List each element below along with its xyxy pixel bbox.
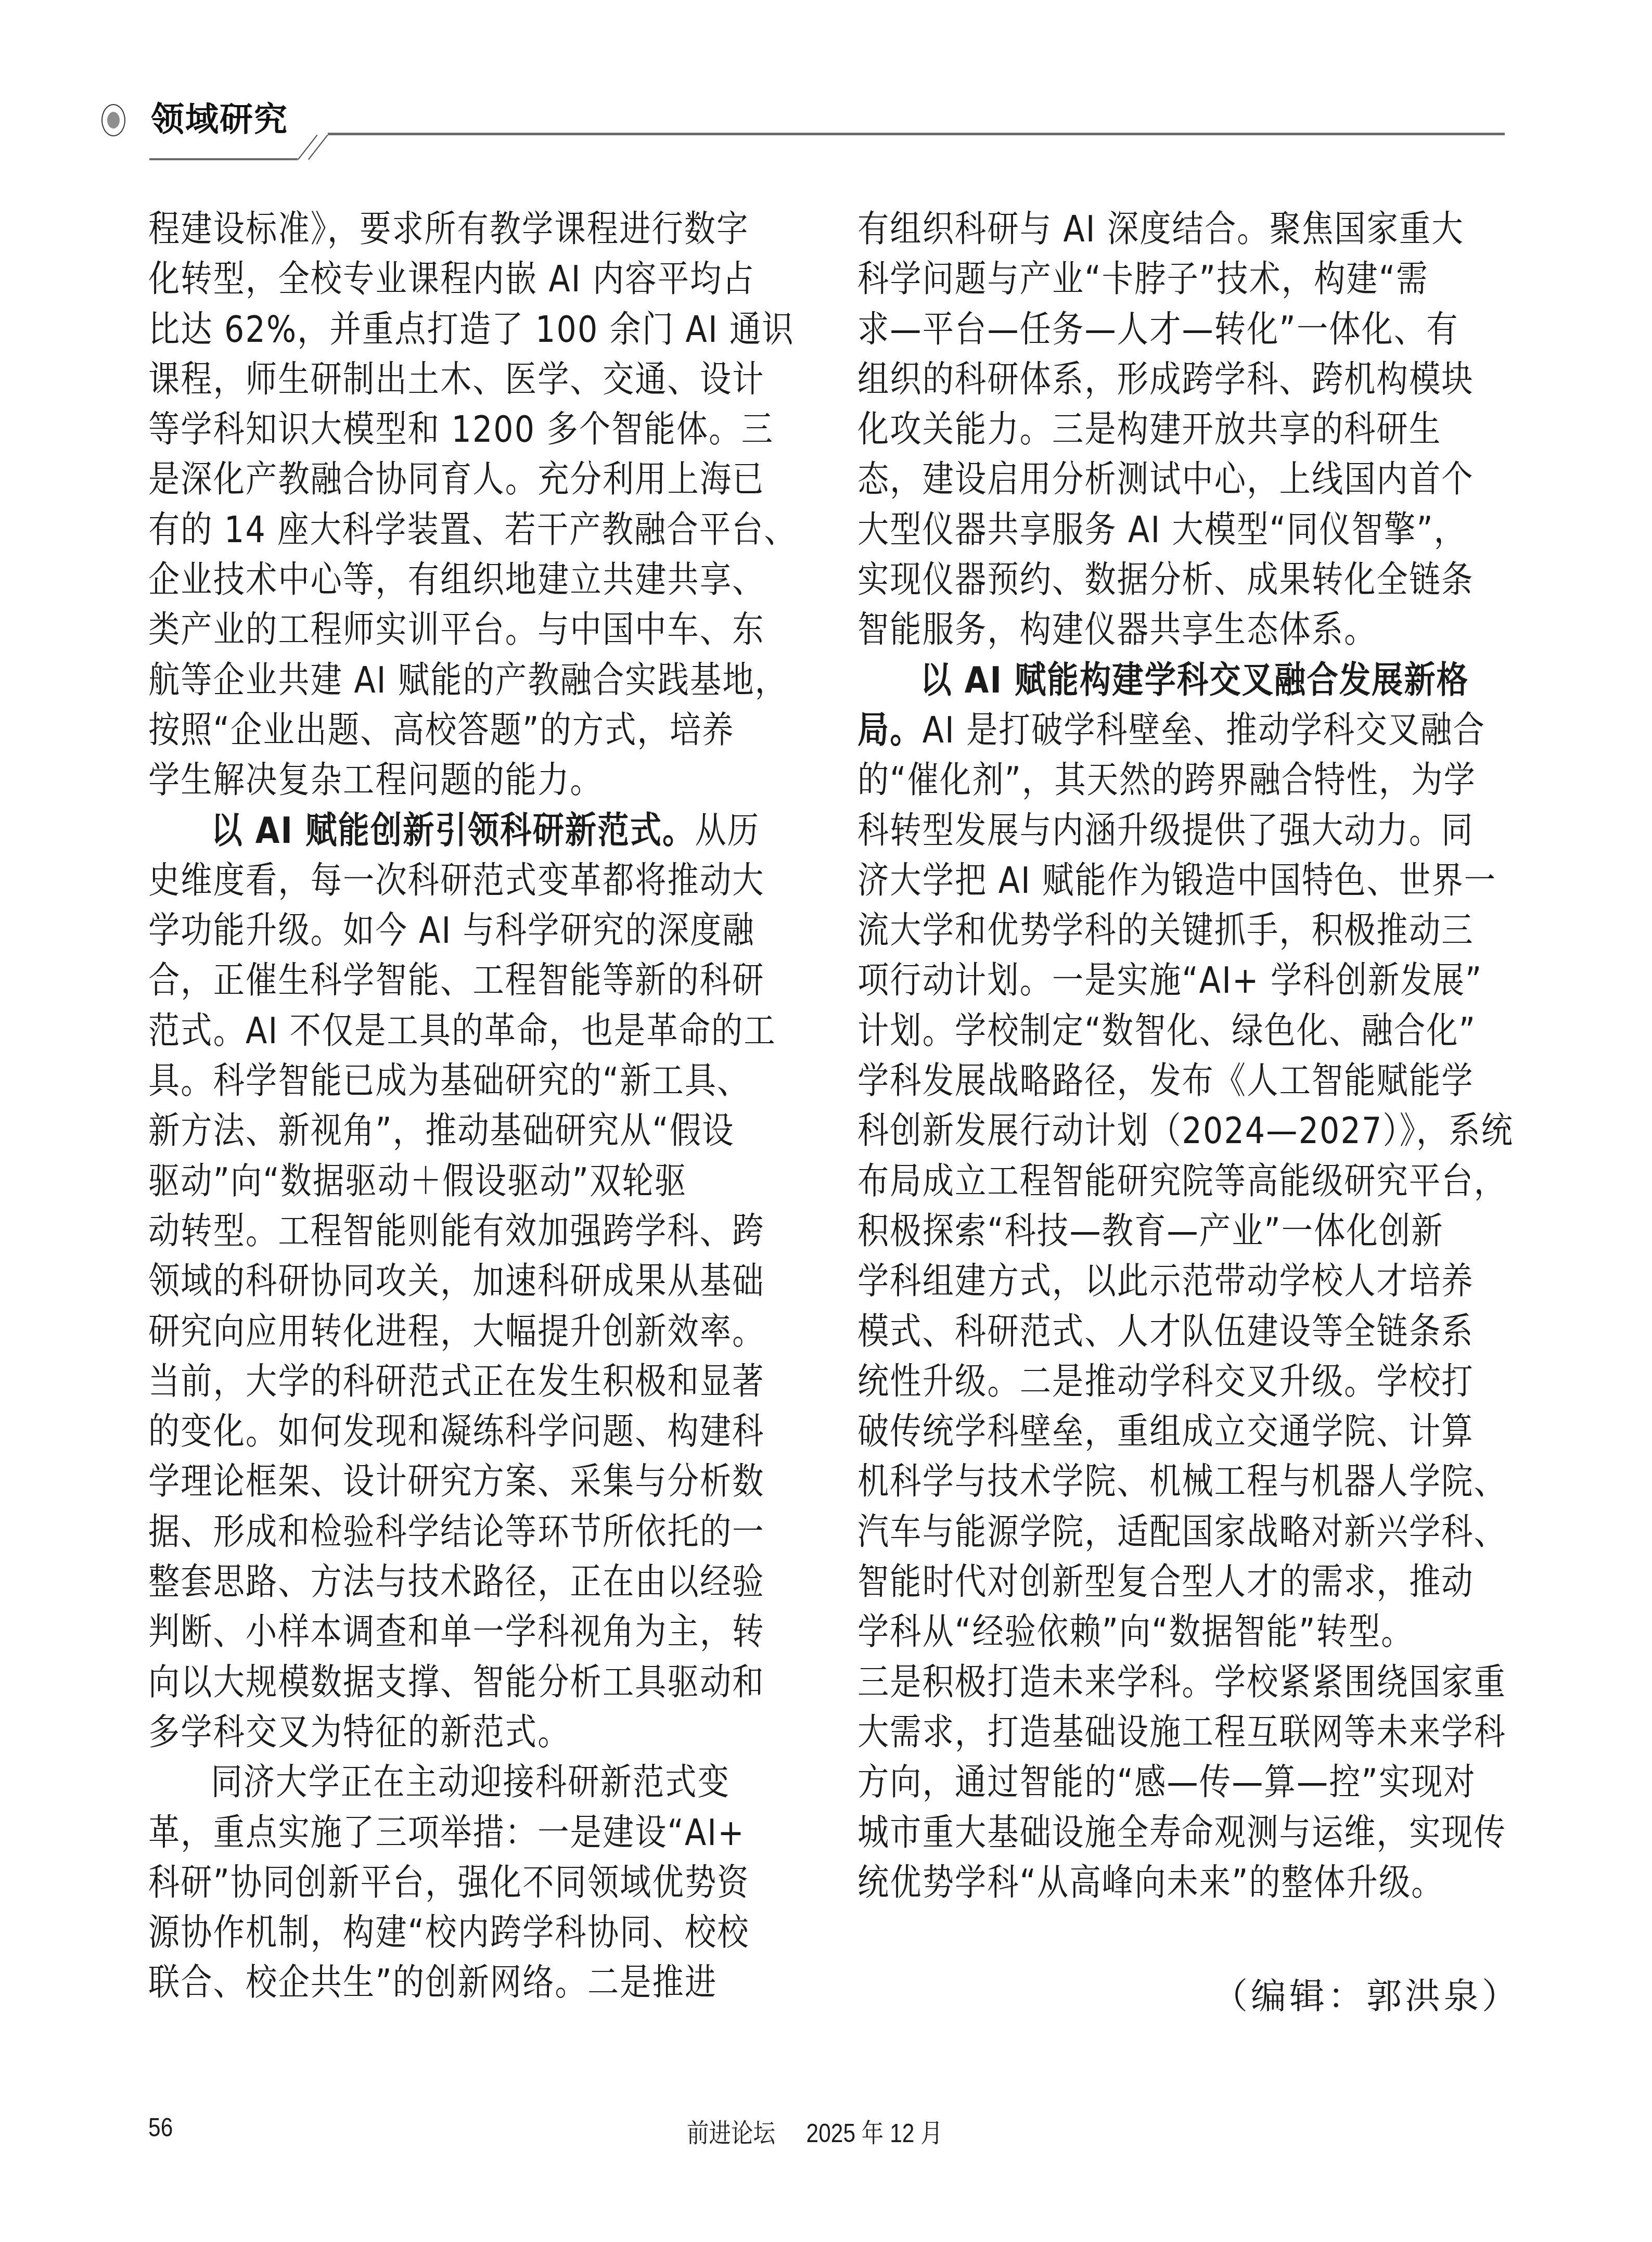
text-line: 向以大规模数据支撑、智能分析工具驱动和 bbox=[148, 1657, 703, 1707]
text-line: 态，建设启用分析测试中心，上线国内首个 bbox=[857, 454, 1412, 504]
header-rule-upper bbox=[328, 133, 1505, 135]
line-text: 向以大规模数据支撑、智能分析工具驱动和 bbox=[148, 1661, 765, 1703]
text-line: 实现仪器预约、数据分析、成果转化全链条 bbox=[857, 555, 1412, 605]
line-text: 城市重大基础设施全寿命观测与运维，实现传 bbox=[857, 1811, 1506, 1854]
line-text: 据、形成和检验科学结论等环节所依托的一 bbox=[148, 1510, 765, 1553]
text-line: 学科从“经验依赖”向“数据智能”转型。 bbox=[857, 1607, 1412, 1657]
header-rule-lower bbox=[149, 158, 298, 160]
text-line: 布局成立工程智能研究院等高能级研究平台， bbox=[857, 1156, 1412, 1206]
text-line: 求—平台—任务—人才—转化”一体化、有 bbox=[857, 304, 1412, 354]
text-line: 统优势学科“从高峰向未来”的整体升级。 bbox=[857, 1857, 1412, 1907]
section-bullet-icon bbox=[101, 104, 125, 136]
text-line: 智能时代对创新型复合型人才的需求，推动 bbox=[857, 1557, 1412, 1607]
text-line: 合，正催生科学智能、工程智能等新的科研 bbox=[148, 955, 703, 1005]
line-text: 学功能升级。如今 AI 与科学研究的深度融 bbox=[148, 909, 755, 952]
text-line: 联合、校企共生”的创新网络。二是推进 bbox=[148, 1957, 703, 2007]
line-text: 破传统学科壁垒，重组成立交通学院、计算 bbox=[857, 1410, 1474, 1453]
header-rule-slash bbox=[298, 135, 318, 160]
text-line: 局。AI 是打破学科壁垒、推动学科交叉融合 bbox=[857, 705, 1412, 755]
line-text: 范式。AI 不仅是工具的革命，也是革命的工 bbox=[148, 1009, 776, 1052]
text-line: 学理论框架、设计研究方案、采集与分析数 bbox=[148, 1456, 703, 1506]
line-text: 动转型。工程智能则能有效加强跨学科、跨 bbox=[148, 1210, 765, 1252]
text-line: 机科学与技术学院、机械工程与机器人学院、 bbox=[857, 1456, 1412, 1506]
text-line: 新方法、新视角”，推动基础研究从“假设 bbox=[148, 1106, 703, 1156]
line-text: 合，正催生科学智能、工程智能等新的科研 bbox=[148, 959, 765, 1002]
text-line: 程建设标准》，要求所有教学课程进行数字 bbox=[148, 204, 703, 254]
line-text: 有组织科研与 AI 深度结合。聚焦国家重大 bbox=[857, 208, 1464, 250]
line-text: 学科从“经验依赖”向“数据智能”转型。 bbox=[857, 1610, 1414, 1653]
line-text: 求—平台—任务—人才—转化”一体化、有 bbox=[857, 308, 1459, 351]
line-text: 学科发展战略路径，发布《人工智能赋能学 bbox=[857, 1059, 1474, 1102]
right-column: 有组织科研与 AI 深度结合。聚焦国家重大科学问题与产业“卡脖子”技术，构建“需… bbox=[857, 204, 1503, 1907]
line-text: 科学问题与产业“卡脖子”技术，构建“需 bbox=[857, 258, 1429, 300]
text-line: 按照“企业出题、高校答题”的方式，培养 bbox=[148, 705, 703, 755]
text-line: 破传统学科壁垒，重组成立交通学院、计算 bbox=[857, 1406, 1412, 1456]
text-line: 组织的科研体系，形成跨学科、跨机构模块 bbox=[857, 354, 1412, 404]
text-line: 城市重大基础设施全寿命观测与运维，实现传 bbox=[857, 1808, 1412, 1857]
line-text: 项行动计划。一是实施“AI+ 学科创新发展” bbox=[857, 959, 1482, 1002]
line-text: 的变化。如何发现和凝练科学问题、构建科 bbox=[148, 1410, 765, 1453]
line-text: 判断、小样本调查和单一学科视角为主，转 bbox=[148, 1610, 765, 1653]
running-header: 领域研究 bbox=[0, 0, 1652, 172]
text-line: 课程，师生研制出土木、医学、交通、设计 bbox=[148, 354, 703, 404]
text-line: 学功能升级。如今 AI 与科学研究的深度融 bbox=[148, 905, 703, 955]
line-text: 学生解决复杂工程问题的能力。 bbox=[148, 759, 603, 801]
text-line: 据、形成和检验科学结论等环节所依托的一 bbox=[148, 1507, 703, 1557]
line-text: 学理论框架、设计研究方案、采集与分析数 bbox=[148, 1460, 765, 1503]
line-text: 多学科交叉为特征的新范式。 bbox=[148, 1711, 570, 1753]
line-text: 联合、校企共生”的创新网络。二是推进 bbox=[148, 1961, 717, 2004]
line-text: 研究向应用转化进程，大幅提升创新效率。 bbox=[148, 1310, 765, 1353]
line-text: 智能服务，构建仪器共享生态体系。 bbox=[857, 608, 1377, 651]
line-text: 当前，大学的科研范式正在发生积极和显著 bbox=[148, 1360, 765, 1403]
line-text: 同济大学正在主动迎接科研新范式变 bbox=[211, 1761, 730, 1803]
issue-date: 2025 年 12 月 bbox=[806, 2119, 943, 2148]
text-line: 以 AI 赋能构建学科交叉融合发展新格 bbox=[857, 655, 1412, 705]
text-line: 学生解决复杂工程问题的能力。 bbox=[148, 755, 703, 805]
text-line: 企业技术中心等，有组织地建立共建共享、 bbox=[148, 555, 703, 605]
line-text: 机科学与技术学院、机械工程与机器人学院、 bbox=[857, 1460, 1506, 1503]
text-line: 的变化。如何发现和凝练科学问题、构建科 bbox=[148, 1406, 703, 1456]
text-line: 判断、小样本调查和单一学科视角为主，转 bbox=[148, 1607, 703, 1657]
line-text: 按照“企业出题、高校答题”的方式，培养 bbox=[148, 709, 735, 751]
section-lead: 局。 bbox=[857, 709, 923, 751]
line-text: 驱动”向“数据驱动＋假设驱动”双轮驱 bbox=[148, 1160, 687, 1202]
line-text: 大型仪器共享服务 AI 大模型“同仪智擎”， bbox=[857, 508, 1466, 551]
text-line: 类产业的工程师实训平台。与中国中车、东 bbox=[148, 605, 703, 655]
text-line: 多学科交叉为特征的新范式。 bbox=[148, 1707, 703, 1757]
text-line: 范式。AI 不仅是工具的革命，也是革命的工 bbox=[148, 1006, 703, 1056]
text-line: 流大学和优势学科的关键抓手，积极推动三 bbox=[857, 905, 1412, 955]
text-line: 研究向应用转化进程，大幅提升创新效率。 bbox=[148, 1306, 703, 1356]
text-line: 以 AI 赋能创新引领科研新范式。从历 bbox=[148, 805, 703, 855]
text-line: 计划。学校制定“数智化、绿色化、融合化” bbox=[857, 1006, 1412, 1056]
section-lead: 以 AI 赋能创新引领科研新范式。 bbox=[211, 809, 695, 852]
text-line: 等学科知识大模型和 1200 多个智能体。三 bbox=[148, 404, 703, 454]
line-text: 的“催化剂”，其天然的跨界融合特性，为学 bbox=[857, 759, 1476, 801]
text-line: 三是积极打造未来学科。学校紧紧围绕国家重 bbox=[857, 1657, 1412, 1707]
text-line: 方向，通过智能的“感—传—算—控”实现对 bbox=[857, 1757, 1412, 1807]
text-line: 有组织科研与 AI 深度结合。聚焦国家重大 bbox=[857, 204, 1412, 254]
line-text: 革，重点实施了三项举措：一是建设“AI+ bbox=[148, 1811, 745, 1854]
line-text: 智能时代对创新型复合型人才的需求，推动 bbox=[857, 1560, 1474, 1603]
text-line: 有的 14 座大科学装置、若干产教融合平台、 bbox=[148, 505, 703, 555]
text-line: 汽车与能源学院，适配国家战略对新兴学科、 bbox=[857, 1507, 1412, 1557]
line-text: 统优势学科“从高峰向未来”的整体升级。 bbox=[857, 1861, 1444, 1904]
line-text: 新方法、新视角”，推动基础研究从“假设 bbox=[148, 1109, 735, 1152]
line-text: 布局成立工程智能研究院等高能级研究平台， bbox=[857, 1160, 1506, 1202]
line-text: 化转型，全校专业课程内嵌 AI 内容平均占 bbox=[148, 258, 755, 300]
text-line: 具。科学智能已成为基础研究的“新工具、 bbox=[148, 1056, 703, 1106]
line-text: 汽车与能源学院，适配国家战略对新兴学科、 bbox=[857, 1510, 1506, 1553]
line-text: 科创新发展行动计划（2024—2027）》，系统 bbox=[857, 1109, 1514, 1152]
section-title: 领域研究 bbox=[151, 93, 288, 140]
text-line: 源协作机制，构建“校内跨学科协同、校校 bbox=[148, 1907, 703, 1957]
text-line: 智能服务，构建仪器共享生态体系。 bbox=[857, 605, 1412, 655]
text-line: 项行动计划。一是实施“AI+ 学科创新发展” bbox=[857, 955, 1412, 1005]
line-text: 领域的科研协同攻关，加速科研成果从基础 bbox=[148, 1260, 765, 1302]
line-text: 比达 62%，并重点打造了 100 余门 AI 通识 bbox=[148, 308, 795, 351]
line-text: 模式、科研范式、人才队伍建设等全链条系 bbox=[857, 1310, 1474, 1353]
line-text: 三是积极打造未来学科。学校紧紧围绕国家重 bbox=[857, 1661, 1506, 1703]
line-text: 航等企业共建 AI 赋能的产教融合实践基地， bbox=[148, 659, 787, 701]
text-line: 模式、科研范式、人才队伍建设等全链条系 bbox=[857, 1306, 1412, 1356]
text-line: 济大学把 AI 赋能作为锻造中国特色、世界一 bbox=[857, 855, 1412, 905]
section-lead: 以 AI 赋能构建学科交叉融合发展新格 bbox=[920, 659, 1469, 701]
text-line: 化转型，全校专业课程内嵌 AI 内容平均占 bbox=[148, 254, 703, 304]
line-text: 从历 bbox=[695, 809, 760, 852]
text-line: 是深化产教融合协同育人。充分利用上海已 bbox=[148, 454, 703, 504]
line-text: 有的 14 座大科学装置、若干产教融合平台、 bbox=[148, 508, 797, 551]
line-text: 具。科学智能已成为基础研究的“新工具、 bbox=[148, 1059, 750, 1102]
line-text: 济大学把 AI 赋能作为锻造中国特色、世界一 bbox=[857, 859, 1496, 902]
text-line: 航等企业共建 AI 赋能的产教融合实践基地， bbox=[148, 655, 703, 705]
text-line: 比达 62%，并重点打造了 100 余门 AI 通识 bbox=[148, 304, 703, 354]
line-text: 课程，师生研制出土木、医学、交通、设计 bbox=[148, 358, 765, 401]
line-text: 计划。学校制定“数智化、绿色化、融合化” bbox=[857, 1009, 1476, 1052]
text-line: 的“催化剂”，其天然的跨界融合特性，为学 bbox=[857, 755, 1412, 805]
line-text: 是深化产教融合协同育人。充分利用上海已 bbox=[148, 458, 765, 501]
line-text: AI 是打破学科壁垒、推动学科交叉融合 bbox=[923, 709, 1485, 751]
line-text: 企业技术中心等，有组织地建立共建共享、 bbox=[148, 558, 765, 601]
line-text: 实现仪器预约、数据分析、成果转化全链条 bbox=[857, 558, 1474, 601]
line-text: 流大学和优势学科的关键抓手，积极推动三 bbox=[857, 909, 1474, 952]
text-line: 学科组建方式，以此示范带动学校人才培养 bbox=[857, 1256, 1412, 1306]
editor-note: （编辑：郭洪泉） bbox=[1212, 1972, 1520, 2022]
line-text: 源协作机制，构建“校内跨学科协同、校校 bbox=[148, 1911, 750, 1954]
text-line: 科创新发展行动计划（2024—2027）》，系统 bbox=[857, 1106, 1412, 1156]
text-line: 整套思路、方法与技术路径，正在由以经验 bbox=[148, 1557, 703, 1607]
line-text: 史维度看，每一次科研范式变革都将推动大 bbox=[148, 859, 765, 902]
line-text: 方向，通过智能的“感—传—算—控”实现对 bbox=[857, 1761, 1476, 1803]
text-line: 革，重点实施了三项举措：一是建设“AI+ bbox=[148, 1808, 703, 1857]
header-rule-slash bbox=[308, 135, 328, 160]
line-text: 整套思路、方法与技术路径，正在由以经验 bbox=[148, 1560, 765, 1603]
text-line: 动转型。工程智能则能有效加强跨学科、跨 bbox=[148, 1206, 703, 1256]
text-line: 科研”协同创新平台，强化不同领域优势资 bbox=[148, 1857, 703, 1907]
text-line: 当前，大学的科研范式正在发生积极和显著 bbox=[148, 1356, 703, 1406]
left-column: 程建设标准》，要求所有教学课程进行数字化转型，全校专业课程内嵌 AI 内容平均占… bbox=[148, 204, 793, 2008]
text-line: 积极探索“科技—教育—产业”一体化创新 bbox=[857, 1206, 1412, 1256]
line-text: 态，建设启用分析测试中心，上线国内首个 bbox=[857, 458, 1474, 501]
text-line: 学科发展战略路径，发布《人工智能赋能学 bbox=[857, 1056, 1412, 1106]
line-text: 化攻关能力。三是构建开放共享的科研生 bbox=[857, 408, 1441, 451]
line-text: 统性升级。二是推动学科交叉升级。学校打 bbox=[857, 1360, 1474, 1403]
footer-journal: 前进论坛2025 年 12 月 bbox=[687, 2112, 943, 2150]
text-line: 化攻关能力。三是构建开放共享的科研生 bbox=[857, 404, 1412, 454]
line-text: 科转型发展与内涵升级提供了强大动力。同 bbox=[857, 809, 1474, 852]
line-text: 组织的科研体系，形成跨学科、跨机构模块 bbox=[857, 358, 1474, 401]
text-line: 驱动”向“数据驱动＋假设驱动”双轮驱 bbox=[148, 1156, 703, 1206]
line-text: 类产业的工程师实训平台。与中国中车、东 bbox=[148, 608, 765, 651]
journal-name: 前进论坛 bbox=[687, 2119, 775, 2148]
text-line: 领域的科研协同攻关，加速科研成果从基础 bbox=[148, 1256, 703, 1306]
text-line: 大需求，打造基础设施工程互联网等未来学科 bbox=[857, 1707, 1412, 1757]
page-number: 56 bbox=[148, 2112, 173, 2143]
text-line: 同济大学正在主动迎接科研新范式变 bbox=[148, 1757, 703, 1807]
text-line: 大型仪器共享服务 AI 大模型“同仪智擎”， bbox=[857, 505, 1412, 555]
line-text: 等学科知识大模型和 1200 多个智能体。三 bbox=[148, 408, 774, 451]
line-text: 积极探索“科技—教育—产业”一体化创新 bbox=[857, 1210, 1444, 1252]
line-text: 大需求，打造基础设施工程互联网等未来学科 bbox=[857, 1711, 1506, 1753]
text-line: 统性升级。二是推动学科交叉升级。学校打 bbox=[857, 1356, 1412, 1406]
text-line: 科学问题与产业“卡脖子”技术，构建“需 bbox=[857, 254, 1412, 304]
line-text: 科研”协同创新平台，强化不同领域优势资 bbox=[148, 1861, 750, 1904]
line-text: 程建设标准》，要求所有教学课程进行数字 bbox=[148, 208, 749, 250]
text-line: 科转型发展与内涵升级提供了强大动力。同 bbox=[857, 805, 1412, 855]
text-line: 史维度看，每一次科研范式变革都将推动大 bbox=[148, 855, 703, 905]
line-text: 学科组建方式，以此示范带动学校人才培养 bbox=[857, 1260, 1474, 1302]
